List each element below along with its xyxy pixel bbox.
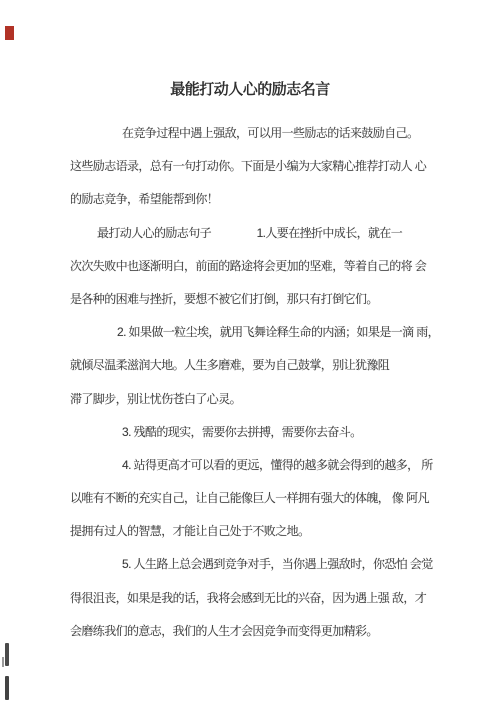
document-line: 3. 残酷的现实，需要你去拼搏，需要你去奋斗。	[70, 416, 436, 449]
document-body: 在竞争过程中遇上强敌，可以用一些励志的话来鼓励自己。 这些励志语录，总有一句打动…	[70, 117, 436, 648]
document-line: 在竞争过程中遇上强敌，可以用一些励志的话来鼓励自己。	[70, 117, 436, 150]
document-line: 是各种的困难与挫折，要想不被它们打倒，那只有打倒它们。	[70, 283, 436, 316]
scan-artifact-speck	[2, 657, 4, 667]
document-line: 次次失败中也逐渐明白，前面的路途将会更加的坚难，等着自己的将 会	[70, 250, 436, 283]
page-title: 最能打动人心的励志名言	[0, 78, 500, 99]
document-line: 最打动人心的励志句子 1.人要在挫折中成长，就在一	[70, 217, 436, 250]
scan-artifact-bar	[5, 676, 9, 700]
red-edge-mark	[5, 26, 14, 40]
document-line: 就倾尽温柔滋润大地。人生多磨难，要为自己鼓掌，别让犹豫阻	[70, 349, 436, 382]
document-line: 提拥有过人的智慧，才能让自己处于不败之地。	[70, 515, 436, 548]
document-line: 得很沮丧，如果是我的话，我将会感到无比的兴奋，因为遇上强 敌，才	[70, 582, 436, 615]
document-page: 最能打动人心的励志名言 在竞争过程中遇上强敌，可以用一些励志的话来鼓励自己。 这…	[0, 0, 500, 708]
document-line: 以唯有不断的充实自己，让自己能像巨人一样拥有强大的体魄， 像 阿凡	[70, 482, 436, 515]
document-line: 会磨练我们的意志，我们的人生才会因竞争而变得更加精彩。	[70, 615, 436, 648]
document-line: 这些励志语录，总有一句打动你。下面是小编为大家精心推荐打动人 心	[70, 150, 436, 183]
document-line: 滞了脚步，别让忧伤苍白了心灵。	[70, 383, 436, 416]
document-line: 2. 如果做一粒尘埃，就用飞舞诠释生命的内涵；如果是一滴 雨，	[70, 316, 436, 349]
document-line: 5. 人生路上总会遇到竞争对手，当你遇上强敌时，你恐怕 会觉	[70, 548, 436, 581]
scan-artifact-bar	[5, 643, 9, 666]
document-line: 的励志竞争，希望能帮到你！	[70, 183, 436, 216]
document-line: 4. 站得更高才可以看的更远，懂得的越多就会得到的越多， 所	[70, 449, 436, 482]
